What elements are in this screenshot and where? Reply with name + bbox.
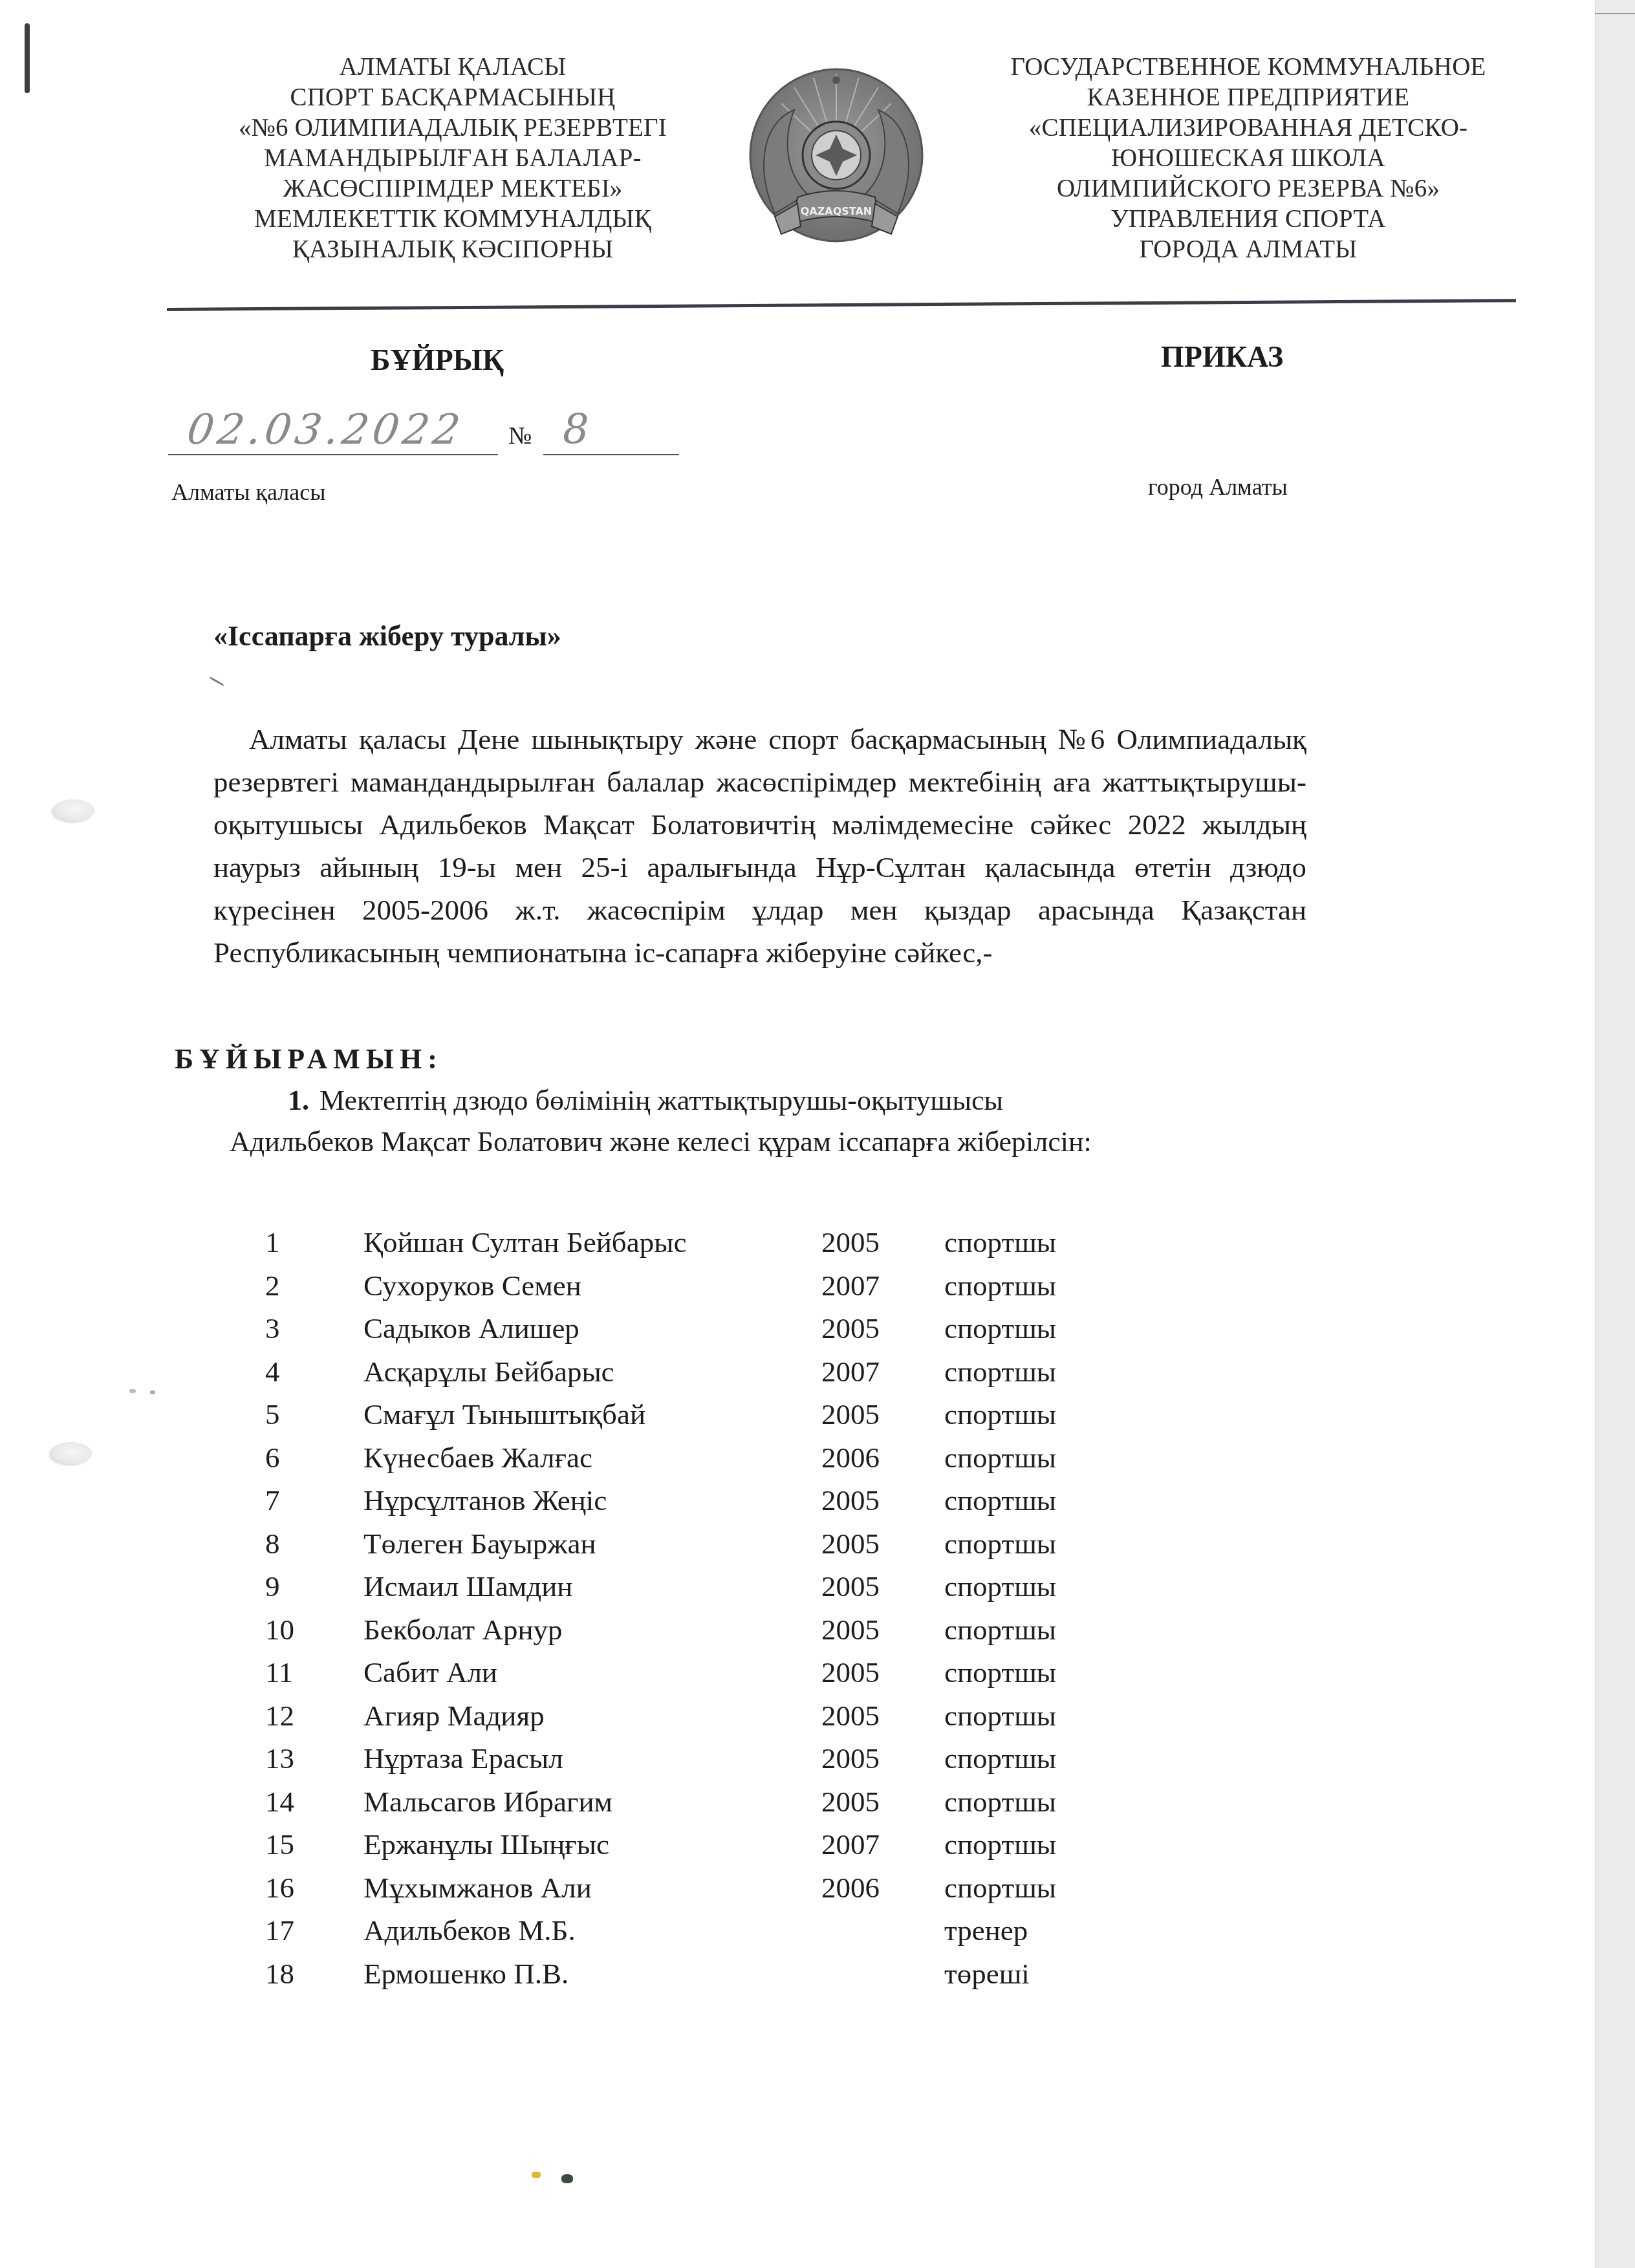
row-number: 16 — [265, 1871, 304, 1905]
scanner-edge-line — [1595, 13, 1635, 14]
header-line: МАМАНДЫРЫЛҒАН БАЛАЛАР- — [175, 143, 731, 173]
birth-year: 2006 — [821, 1441, 880, 1474]
person-name: Бекболат Арнур — [363, 1613, 563, 1647]
person-name: Садыков Алишер — [363, 1312, 579, 1345]
row-number: 18 — [265, 1957, 304, 1991]
person-role: спортшы — [944, 1226, 1056, 1259]
birth-year: 2005 — [821, 1398, 880, 1431]
header-line: УПРАВЛЕНИЯ СПОРТА — [925, 204, 1572, 234]
list-item: 2Сухоруков Семен2007спортшы — [246, 1269, 1216, 1312]
header-line: АЛМАТЫ ҚАЛАСЫ — [175, 52, 731, 82]
person-name: Смағұл Тыныштықбай — [363, 1398, 645, 1431]
row-number: 17 — [265, 1914, 304, 1947]
scan-speck — [532, 2172, 541, 2178]
person-role: спортшы — [944, 1441, 1056, 1474]
person-role: тренер — [944, 1914, 1028, 1947]
scan-speck — [150, 1390, 155, 1394]
person-role: спортшы — [944, 1269, 1056, 1302]
person-name: Күнесбаев Жалғас — [363, 1441, 592, 1474]
scan-speck — [129, 1389, 136, 1393]
person-role: спортшы — [944, 1871, 1056, 1905]
row-number: 6 — [265, 1441, 304, 1474]
row-number: 9 — [265, 1570, 304, 1603]
item-text: Мектептің дзюдо бөлімінің жаттықтырушы-о… — [319, 1085, 1003, 1116]
staple-mark — [25, 23, 30, 93]
person-role: спортшы — [944, 1570, 1056, 1603]
list-item: 7Нұрсұлтанов Жеңіс2005спортшы — [246, 1484, 1216, 1527]
list-item: 6Күнесбаев Жалғас2006спортшы — [246, 1441, 1216, 1484]
person-role: спортшы — [944, 1699, 1056, 1733]
row-number: 8 — [265, 1527, 304, 1561]
person-role: спортшы — [944, 1828, 1056, 1861]
list-item: 18Ермошенко П.В.төреші — [246, 1957, 1216, 2000]
row-number: 10 — [265, 1613, 304, 1647]
row-number: 13 — [265, 1742, 304, 1775]
kazakhstan-emblem-icon: QAZAQSTAN — [736, 65, 937, 252]
list-item: 10Бекболат Арнур2005спортшы — [246, 1613, 1216, 1656]
order-number-handwritten: 8 — [563, 406, 589, 454]
person-name: Қойшан Султан Бейбарыс — [363, 1226, 686, 1259]
person-name: Ержанұлы Шыңғыс — [363, 1828, 609, 1861]
scan-speck — [209, 676, 224, 687]
row-number: 5 — [265, 1398, 304, 1431]
date-underline — [168, 454, 498, 455]
person-name: Асқарұлы Бейбарыс — [363, 1355, 614, 1388]
number-underline — [543, 454, 679, 455]
birth-year: 2005 — [821, 1785, 880, 1819]
header-line: КАЗЕННОЕ ПРЕДПРИЯТИЕ — [925, 82, 1572, 113]
header-line: «№6 ОЛИМПИАДАЛЫҚ РЕЗЕРВТЕГІ — [175, 113, 731, 143]
birth-year: 2006 — [821, 1871, 880, 1905]
list-item: 12Агияр Мадияр2005спортшы — [246, 1699, 1216, 1742]
person-name: Мальсагов Ибрагим — [363, 1785, 612, 1819]
list-item: 9Исмаил Шамдин2005спортшы — [246, 1570, 1216, 1613]
birth-year: 2005 — [821, 1226, 880, 1259]
order-body: Алматы қаласы Дене шынықтыру және спорт … — [213, 718, 1306, 974]
person-name: Нұрсұлтанов Жеңіс — [363, 1484, 607, 1517]
person-role: спортшы — [944, 1355, 1056, 1388]
decree-heading: БҰЙЫРАМЫН: — [175, 1042, 443, 1075]
birth-year: 2005 — [821, 1484, 880, 1517]
city-kk: Алматы қаласы — [171, 479, 325, 506]
person-role: спортшы — [944, 1656, 1056, 1689]
list-item: 4Асқарұлы Бейбарыс2007спортшы — [246, 1355, 1216, 1398]
birth-year: 2007 — [821, 1269, 880, 1302]
header-line: МЕМЛЕКЕТТІК КОММУНАЛДЫҚ — [175, 204, 731, 234]
person-name: Төлеген Бауыржан — [363, 1527, 596, 1561]
list-item: 17Адильбеков М.Б.тренер — [246, 1914, 1216, 1957]
list-item: 8Төлеген Бауыржан2005спортшы — [246, 1527, 1216, 1570]
birth-year: 2005 — [821, 1570, 880, 1603]
item-number: 1. — [288, 1085, 309, 1116]
person-name: Нұртаза Ерасыл — [363, 1742, 563, 1775]
birth-year: 2005 — [821, 1656, 880, 1689]
birth-year: 2005 — [821, 1699, 880, 1733]
decree-item-1-continuation: Адильбеков Мақсат Болатович және келесі … — [230, 1125, 1092, 1158]
row-number: 12 — [265, 1699, 304, 1733]
header-line: ЮНОШЕСКАЯ ШКОЛА — [925, 143, 1572, 173]
person-name: Ермошенко П.В. — [363, 1957, 568, 1991]
punch-hole — [53, 799, 94, 821]
order-title-ru: ПРИКАЗ — [1161, 340, 1283, 374]
delegation-list: 1Қойшан Султан Бейбарыс2005спортшы2Сухор… — [246, 1226, 1216, 2000]
person-role: спортшы — [944, 1527, 1056, 1561]
decree-item-1: 1.Мектептің дзюдо бөлімінің жаттықтырушы… — [288, 1084, 1003, 1117]
header-line: ГОСУДАРСТВЕННОЕ КОММУНАЛЬНОЕ — [925, 52, 1572, 82]
header-divider — [167, 299, 1516, 311]
person-name: Агияр Мадияр — [363, 1699, 545, 1733]
punch-hole — [50, 1442, 92, 1464]
row-number: 15 — [265, 1828, 304, 1861]
birth-year: 2005 — [821, 1527, 880, 1561]
birth-year: 2005 — [821, 1312, 880, 1345]
header-line: ҚАЗЫНАЛЫҚ КӘСІПОРНЫ — [175, 234, 731, 265]
city-ru: город Алматы — [1148, 473, 1288, 501]
row-number: 3 — [265, 1312, 304, 1345]
header-line: СПОРТ БАСҚАРМАСЫНЫҢ — [175, 82, 731, 113]
birth-year: 2007 — [821, 1355, 880, 1388]
person-role: спортшы — [944, 1312, 1056, 1345]
person-role: төреші — [944, 1957, 1030, 1991]
order-subject: «Іссапарға жіберу туралы» — [213, 620, 561, 653]
person-name: Сабит Али — [363, 1656, 497, 1689]
person-role: спортшы — [944, 1785, 1056, 1819]
order-date-handwritten: 02.03.2022 — [184, 406, 467, 454]
header-org-name-kk: АЛМАТЫ ҚАЛАСЫ СПОРТ БАСҚАРМАСЫНЫҢ «№6 ОЛ… — [175, 52, 731, 265]
person-name: Мұхымжанов Али — [363, 1871, 592, 1905]
person-name: Сухоруков Семен — [363, 1269, 581, 1302]
preamble-paragraph: Алматы қаласы Дене шынықтыру және спорт … — [213, 718, 1306, 974]
header-line: «СПЕЦИАЛИЗИРОВАННАЯ ДЕТСКО- — [925, 113, 1572, 143]
emblem-ribbon-text: QAZAQSTAN — [801, 205, 872, 217]
list-item: 15Ержанұлы Шыңғыс2007спортшы — [246, 1828, 1216, 1871]
list-item: 14Мальсагов Ибрагим2005спортшы — [246, 1785, 1216, 1828]
row-number: 7 — [265, 1484, 304, 1517]
order-title-kk: БҰЙРЫҚ — [371, 343, 504, 377]
row-number: 14 — [265, 1785, 304, 1819]
person-role: спортшы — [944, 1613, 1056, 1647]
person-role: спортшы — [944, 1742, 1056, 1775]
list-item: 11Сабит Али2005спортшы — [246, 1656, 1216, 1699]
list-item: 5Смағұл Тыныштықбай2005спортшы — [246, 1398, 1216, 1441]
row-number: 2 — [265, 1269, 304, 1302]
list-item: 3Садыков Алишер2005спортшы — [246, 1312, 1216, 1355]
list-item: 1Қойшан Султан Бейбарыс2005спортшы — [246, 1226, 1216, 1269]
scanner-edge-strip — [1595, 0, 1635, 2268]
header-line: ЖАСӨСПІРІМДЕР МЕКТЕБІ» — [175, 173, 731, 204]
row-number: 1 — [265, 1226, 304, 1259]
list-item: 16Мұхымжанов Али2006спортшы — [246, 1871, 1216, 1914]
row-number: 4 — [265, 1355, 304, 1388]
person-role: спортшы — [944, 1398, 1056, 1431]
row-number: 11 — [265, 1656, 304, 1689]
header-line: ГОРОДА АЛМАТЫ — [925, 234, 1572, 265]
person-name: Адильбеков М.Б. — [363, 1914, 576, 1947]
list-item: 13Нұртаза Ерасыл2005спортшы — [246, 1742, 1216, 1785]
header-line: ОЛИМПИЙСКОГО РЕЗЕРВА №6» — [925, 173, 1572, 204]
birth-year: 2005 — [821, 1613, 880, 1647]
birth-year: 2007 — [821, 1828, 880, 1861]
number-sign: № — [508, 422, 532, 450]
header-org-name-ru: ГОСУДАРСТВЕННОЕ КОММУНАЛЬНОЕ КАЗЕННОЕ ПР… — [925, 52, 1572, 265]
person-name: Исмаил Шамдин — [363, 1570, 572, 1603]
scan-speck — [561, 2174, 573, 2183]
birth-year: 2005 — [821, 1742, 880, 1775]
person-role: спортшы — [944, 1484, 1056, 1517]
